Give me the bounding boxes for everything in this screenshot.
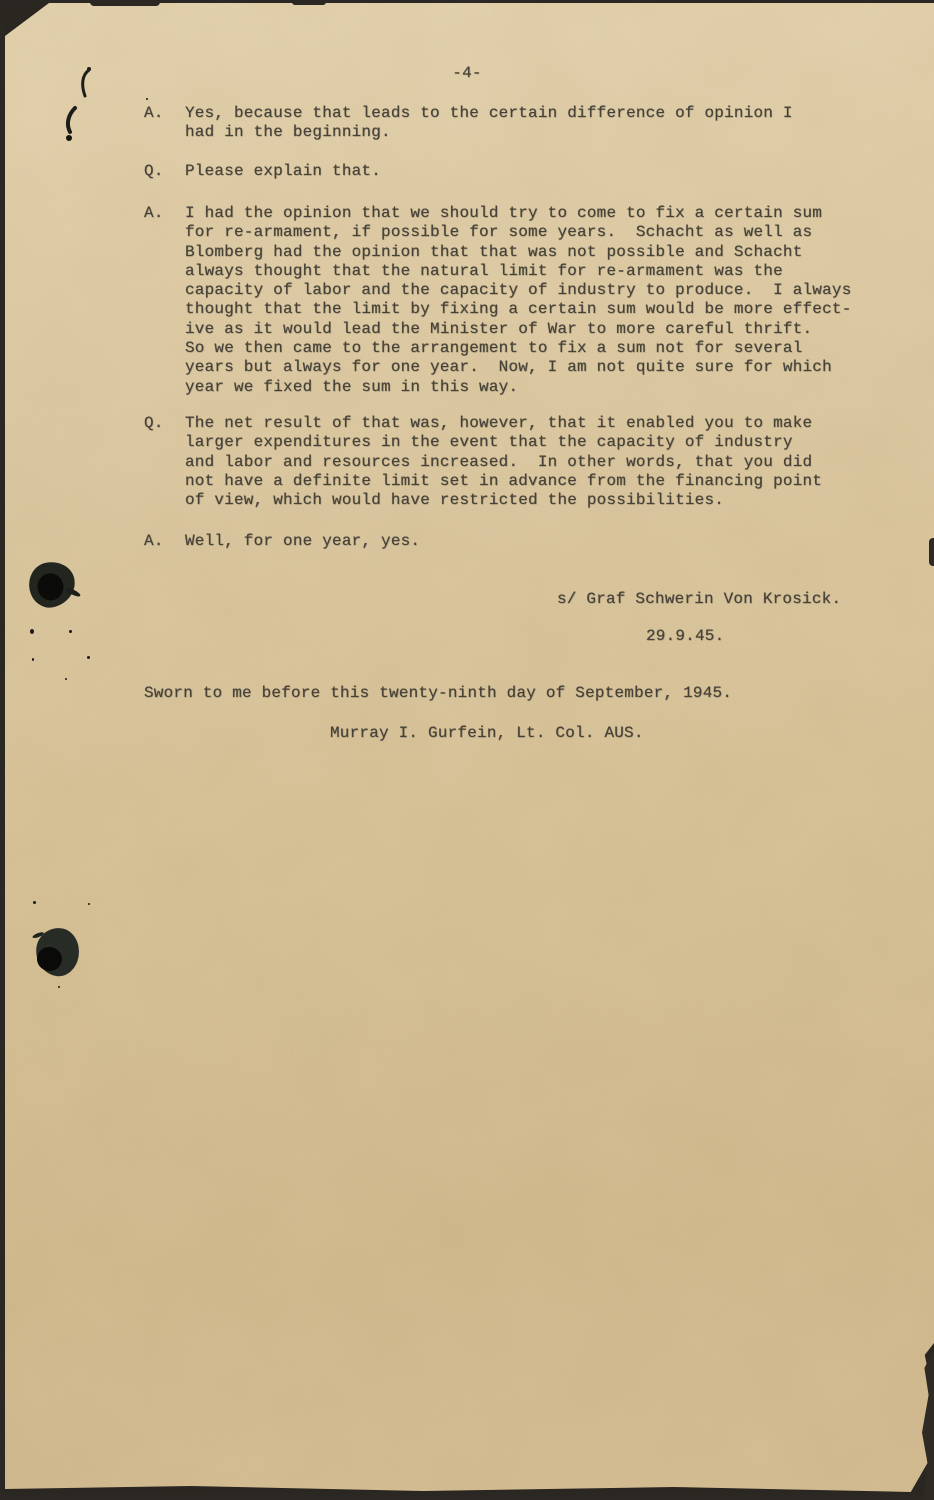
ink-speck [65, 678, 67, 680]
page-number: -4- [0, 64, 934, 83]
attestation-officer: Murray I. Gurfein, Lt. Col. AUS. [330, 724, 644, 743]
qa-speaker-label: Q. [144, 162, 184, 181]
signature-line: s/ Graf Schwerin Von Krosick. [557, 590, 841, 609]
ink-speck [87, 656, 90, 659]
qa-answer-text: I had the opinion that we should try to … [185, 204, 852, 397]
scanned-document-page: -4- A. Yes, because that leads to the ce… [0, 0, 934, 1500]
qa-speaker-label: Q. [144, 414, 184, 433]
ink-speck [33, 901, 36, 904]
ink-squiggle-mark [58, 62, 108, 147]
ink-speck [30, 629, 34, 634]
signature-date: 29.9.45. [646, 627, 724, 646]
ink-speck [58, 986, 60, 988]
qa-speaker-label: A. [144, 532, 184, 551]
qa-answer-text: Yes, because that leads to the certain d… [185, 104, 793, 143]
qa-speaker-label: A. [144, 104, 184, 123]
qa-question-text: The net result of that was, however, tha… [185, 414, 822, 510]
qa-answer-text: Well, for one year, yes. [185, 532, 420, 551]
scan-edge-notch [90, 0, 160, 6]
scan-edge-shadow [929, 538, 934, 566]
scan-edge-notch [292, 0, 326, 5]
qa-question-text: Please explain that. [185, 162, 381, 181]
ink-speck [32, 658, 34, 661]
ink-speck [146, 98, 148, 100]
ink-speck [88, 903, 90, 905]
qa-speaker-label: A. [144, 204, 184, 223]
ink-speck [69, 630, 72, 633]
attestation-line: Sworn to me before this twenty-ninth day… [144, 684, 732, 703]
